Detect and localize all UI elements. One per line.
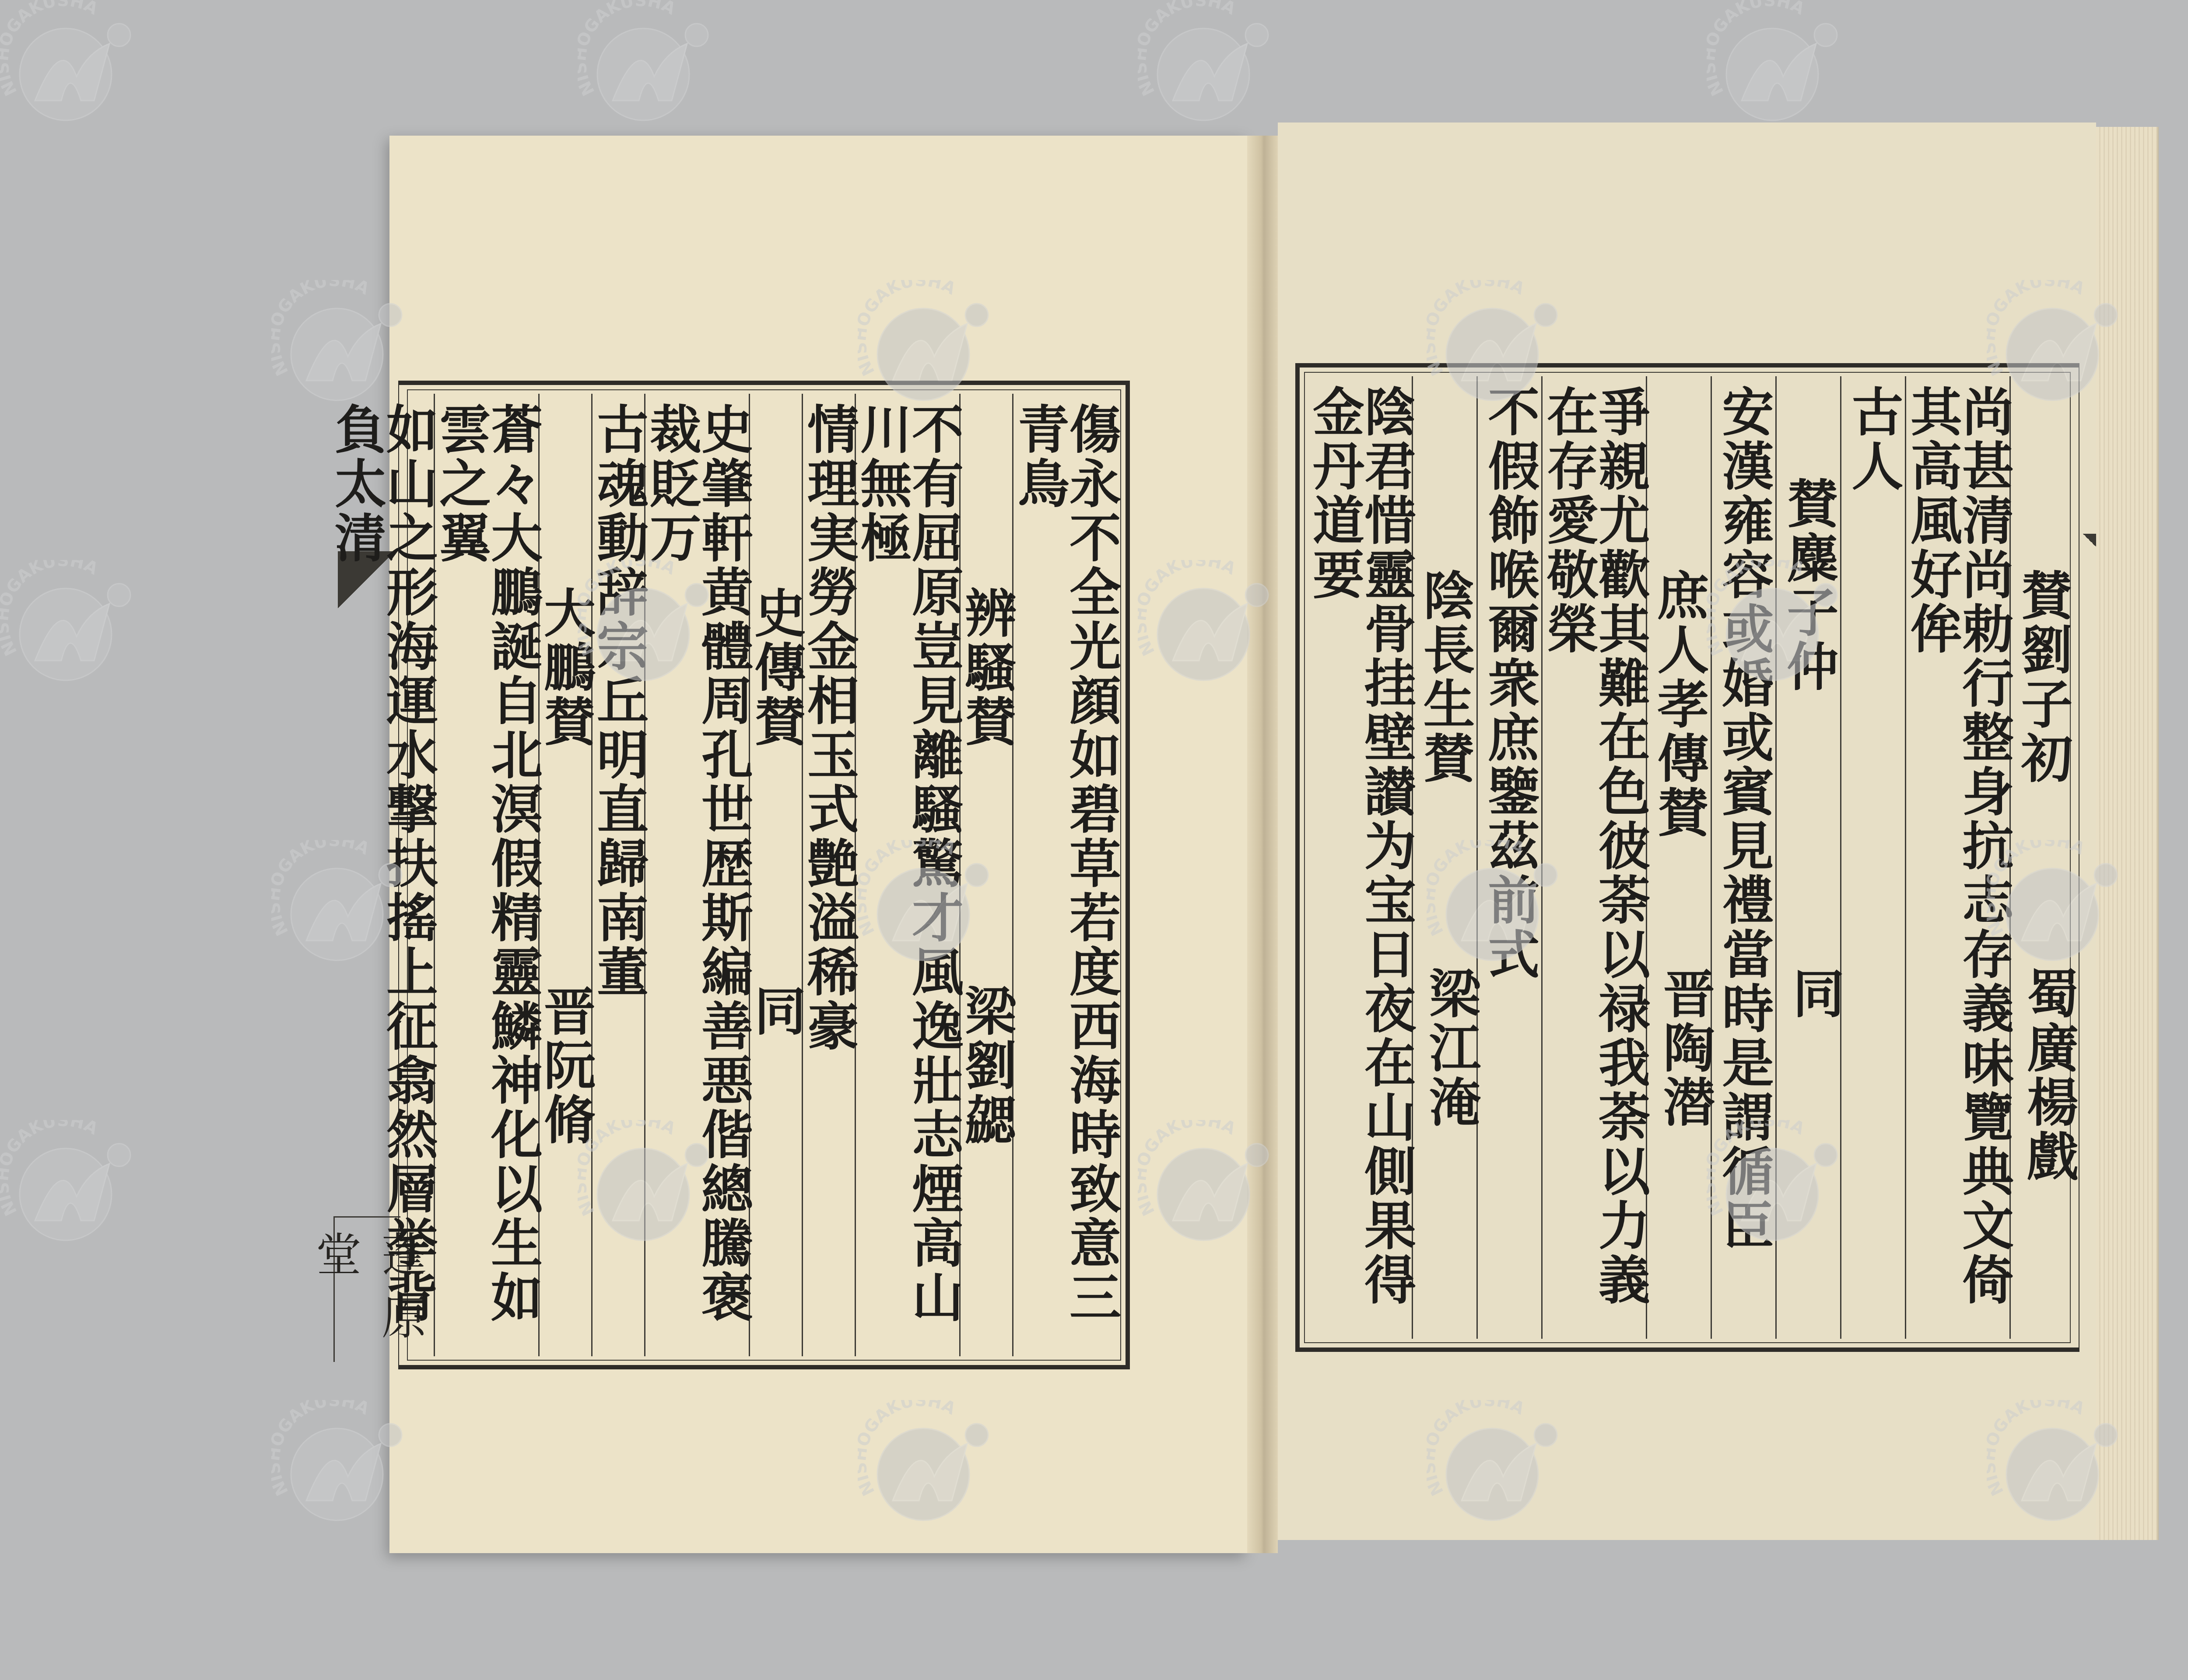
text-column: 情理実勞金相玉式艶溢稀豪 xyxy=(802,394,855,1356)
text-column: 蒼々大鵬誕自北溟假精靈鱗神化以生如雲之翼 xyxy=(434,394,538,1356)
text-column: 陰君惜靈骨挂壁讃为宝日夜在山側果得金丹道要 xyxy=(1308,376,1412,1339)
text-column: 安漢雍容或婚或賓見禮當時是謂循臣 xyxy=(1711,376,1775,1339)
book-gutter xyxy=(1247,136,1278,1553)
column-text: 情理実勞金相玉式艶溢稀豪 xyxy=(803,402,855,1053)
column-text: 庶人孝傳賛 xyxy=(1653,569,1705,840)
right-text-columns: 賛劉子初蜀廣楊戲尚甚清尚勅行整身抗志存義味覽典文倚其高風好侔古人賛麋子仲同安漢雍… xyxy=(1308,376,2074,1339)
text-column: 古魂動辞宗丘明直歸南董 xyxy=(591,394,644,1356)
column-text: 陰長生賛 xyxy=(1419,569,1471,786)
watermark-logo-icon: NISHOGAKUSHA xyxy=(271,280,403,411)
text-column: 辨騷賛梁劉勰 xyxy=(959,394,1012,1356)
text-column: 庶人孝傳賛晋陶潜 xyxy=(1646,376,1711,1339)
text-column: 不有屈原豈見離騷驚才風逸壯志煙高山川無極 xyxy=(855,394,959,1356)
column-text: 史傳賛 xyxy=(750,586,802,749)
text-column: 古人 xyxy=(1840,376,1905,1339)
column-text: 蒼々大鵬誕自北溟假精靈鱗神化以生如雲之翼 xyxy=(435,402,538,1356)
text-column: 傷永不全光顔如碧草若度西海時致意三青鳥 xyxy=(1012,394,1117,1356)
watermark-logo-icon: NISHOGAKUSHA xyxy=(578,0,709,131)
author-attribution: 同 xyxy=(750,984,802,1039)
column-text: 傷永不全光顔如碧草若度西海時致意三青鳥 xyxy=(1013,402,1117,1356)
svg-text:NISHOGAKUSHA: NISHOGAKUSHA xyxy=(0,0,102,99)
text-column: 陰長生賛梁江淹 xyxy=(1412,376,1476,1339)
svg-text:NISHOGAKUSHA: NISHOGAKUSHA xyxy=(0,560,102,659)
watermark-logo-icon: NISHOGAKUSHA xyxy=(1707,0,1838,131)
author-attribution: 晋陶潜 xyxy=(1647,967,1711,1130)
column-text: 辨騷賛 xyxy=(961,586,1012,749)
column-text: 古魂動辞宗丘明直歸南董 xyxy=(593,402,644,999)
left-page: 蓬原堂 傷永不全光顔如碧草若度西海時致意三青鳥辨騷賛梁劉勰不有屈原豈見離騷驚才風… xyxy=(389,136,1247,1553)
text-column: 如山之形海運水撃扶搖上征翕然層挙背負太清 xyxy=(330,394,434,1356)
watermark-logo-icon: NISHOGAKUSHA xyxy=(0,1120,131,1251)
open-book: 蓬原堂 傷永不全光顔如碧草若度西海時致意三青鳥辨騷賛梁劉勰不有屈原豈見離騷驚才風… xyxy=(389,122,2162,1553)
column-text: 賛劉子初 xyxy=(2017,569,2069,786)
text-column: 史肇軒黄體周孔世歴斯編善悪偕總騰褒裁貶万 xyxy=(644,394,749,1356)
svg-text:NISHOGAKUSHA: NISHOGAKUSHA xyxy=(1707,0,1808,99)
left-text-columns: 傷永不全光顔如碧草若度西海時致意三青鳥辨騷賛梁劉勰不有屈原豈見離騷驚才風逸壯志煙… xyxy=(403,394,1117,1356)
svg-text:NISHOGAKUSHA: NISHOGAKUSHA xyxy=(1138,0,1239,99)
right-page: 賛劉子初蜀廣楊戲尚甚清尚勅行整身抗志存義味覽典文倚其高風好侔古人賛麋子仲同安漢雍… xyxy=(1278,122,2096,1540)
left-page-frame: 蓬原堂 傷永不全光顔如碧草若度西海時致意三青鳥辨騷賛梁劉勰不有屈原豈見離騷驚才風… xyxy=(398,381,1130,1369)
watermark-logo-icon: NISHOGAKUSHA xyxy=(1138,0,1269,131)
text-column: 尚甚清尚勅行整身抗志存義味覽典文倚其高風好侔 xyxy=(1905,376,2009,1339)
author-attribution: 梁江淹 xyxy=(1413,967,1476,1130)
column-text: 尚甚清尚勅行整身抗志存義味覽典文倚其高風好侔 xyxy=(1906,385,2009,1339)
text-column: 史傳賛同 xyxy=(749,394,802,1356)
column-text: 安漢雍容或婚或賓見禮當時是謂循臣 xyxy=(1718,385,1770,1253)
column-text: 不假飾喉爾衆庶鑒茲前式 xyxy=(1484,385,1536,982)
text-column: 不假飾喉爾衆庶鑒茲前式 xyxy=(1476,376,1541,1339)
svg-text:NISHOGAKUSHA: NISHOGAKUSHA xyxy=(0,1120,102,1219)
svg-text:NISHOGAKUSHA: NISHOGAKUSHA xyxy=(271,1400,373,1499)
column-text: 不有屈原豈見離騷驚才風逸壯志煙高山川無極 xyxy=(856,402,959,1356)
svg-text:NISHOGAKUSHA: NISHOGAKUSHA xyxy=(578,0,679,99)
watermark-logo-icon: NISHOGAKUSHA xyxy=(271,1400,403,1531)
right-page-frame: 賛劉子初蜀廣楊戲尚甚清尚勅行整身抗志存義味覽典文倚其高風好侔古人賛麋子仲同安漢雍… xyxy=(1295,363,2079,1352)
text-column: 爭親尤歡其難在色彼荼以禄我荼以力義在存愛敬榮 xyxy=(1541,376,1646,1339)
column-text: 如山之形海運水撃扶搖上征翕然層挙背負太清 xyxy=(330,402,434,1356)
author-attribution: 同 xyxy=(1777,967,1840,1021)
column-text: 史肇軒黄體周孔世歴斯編善悪偕總騰褒裁貶万 xyxy=(645,402,749,1356)
text-column: 大鵬賛晋阮脩 xyxy=(538,394,591,1356)
watermark-logo-icon: NISHOGAKUSHA xyxy=(0,560,131,691)
svg-text:NISHOGAKUSHA: NISHOGAKUSHA xyxy=(271,280,373,379)
text-column: 賛劉子初蜀廣楊戲 xyxy=(2009,376,2074,1339)
watermark-logo-icon: NISHOGAKUSHA xyxy=(0,0,131,131)
author-attribution: 蜀廣楊戲 xyxy=(2011,967,2074,1184)
page-edges xyxy=(2096,127,2159,1540)
column-text: 古人 xyxy=(1848,385,1899,493)
column-text: 陰君惜靈骨挂壁讃为宝日夜在山側果得金丹道要 xyxy=(1308,385,1412,1339)
column-text: 爭親尤歡其難在色彼荼以禄我荼以力義在存愛敬榮 xyxy=(1543,385,1646,1339)
text-column: 賛麋子仲同 xyxy=(1775,376,1840,1339)
author-attribution: 晋阮脩 xyxy=(540,984,591,1147)
column-text: 賛麋子仲 xyxy=(1783,477,1834,694)
column-text: 大鵬賛 xyxy=(540,586,591,749)
author-attribution: 梁劉勰 xyxy=(961,984,1012,1147)
